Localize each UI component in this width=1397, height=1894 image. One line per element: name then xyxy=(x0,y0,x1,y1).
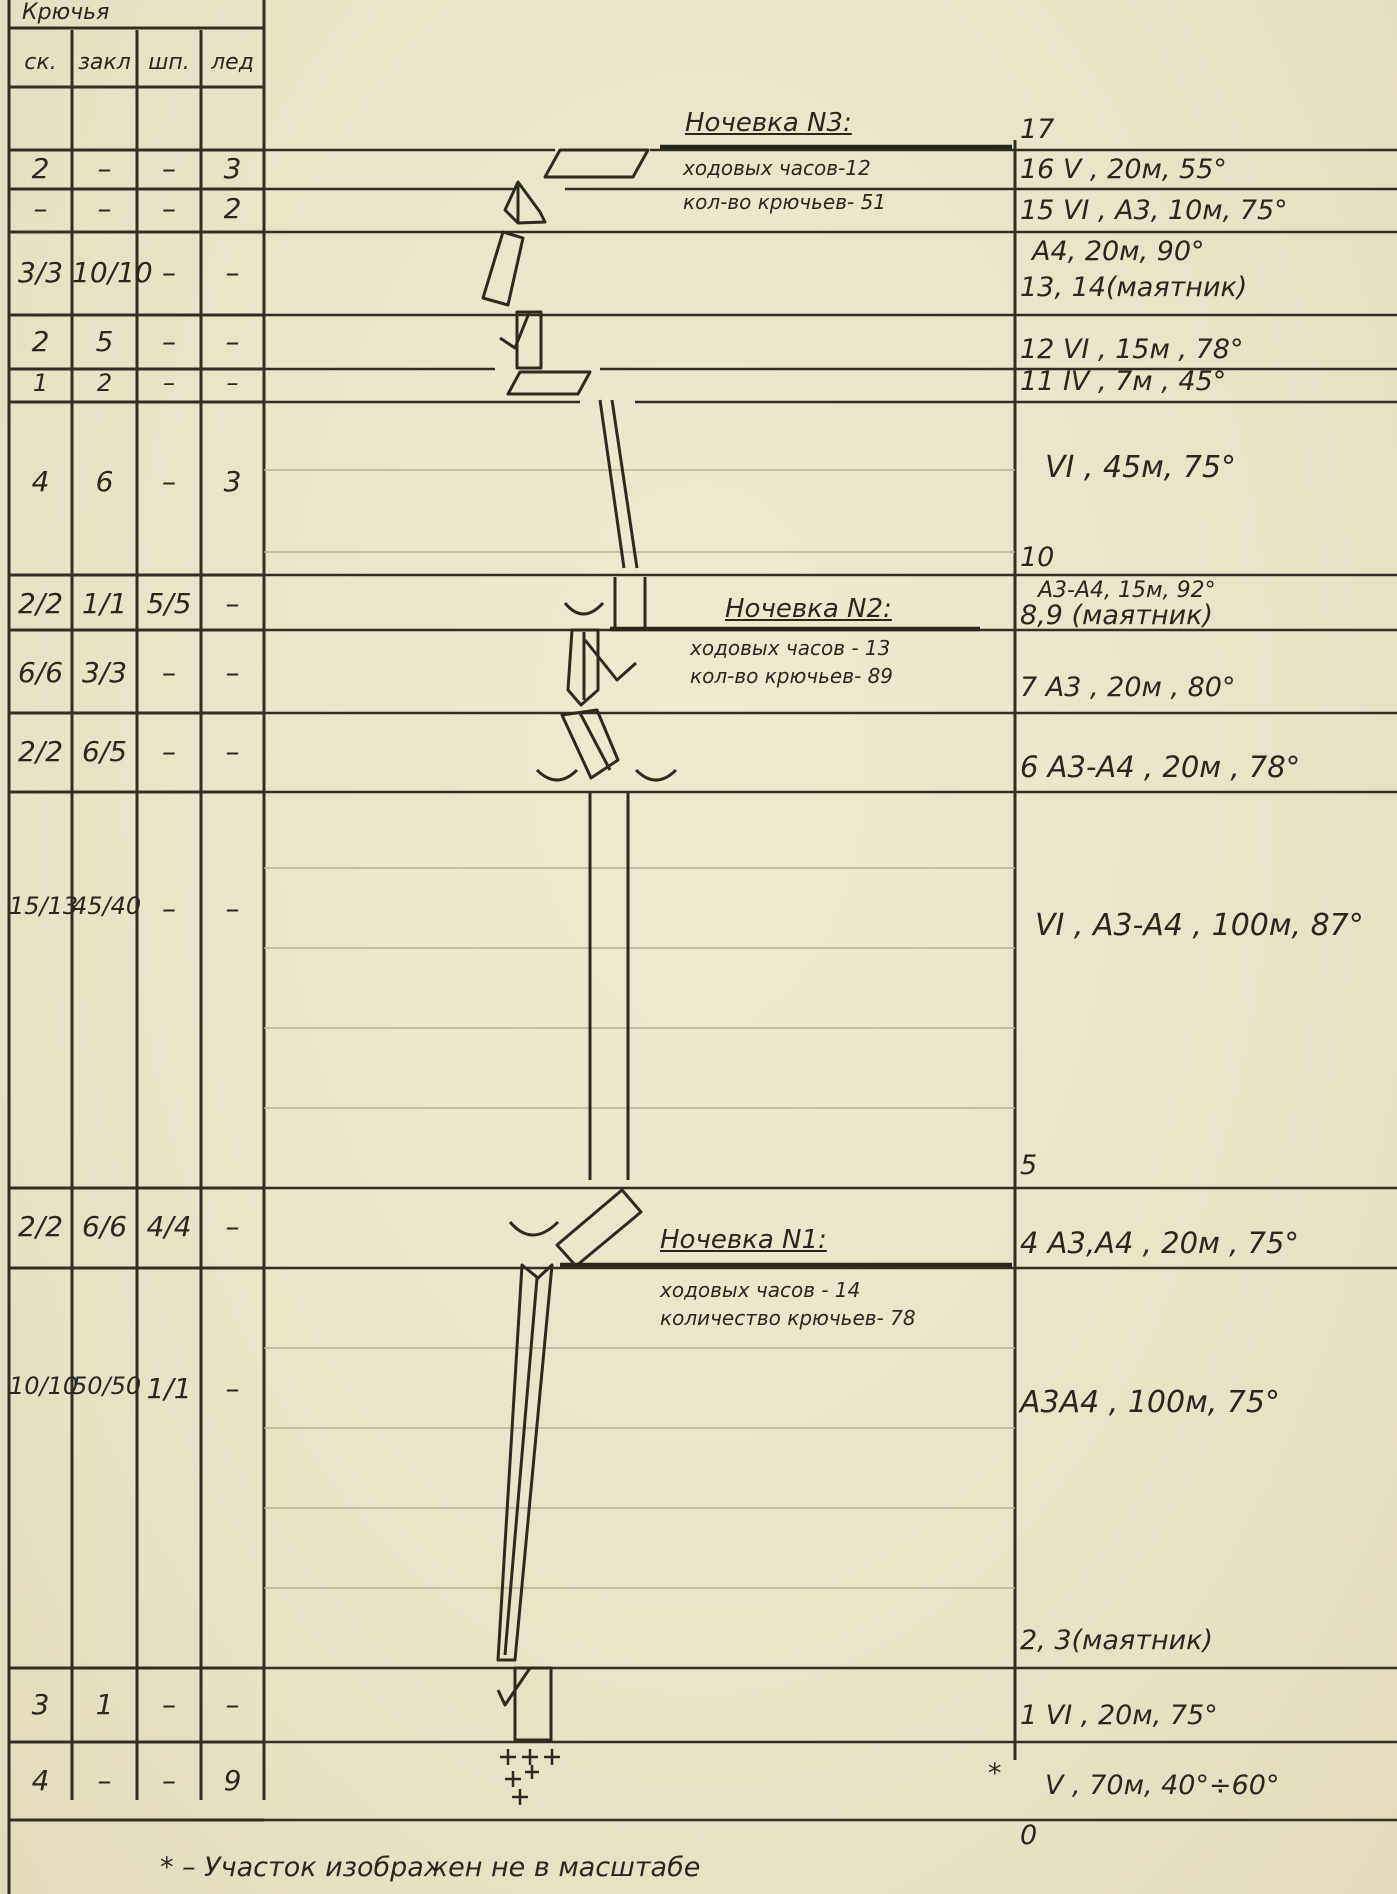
section-0-desc: V , 70м, 40°÷60° xyxy=(1045,1770,1279,1801)
scree-crosses xyxy=(500,1749,560,1805)
section-14-desc: A4, 20м, 90° xyxy=(1032,236,1205,267)
cell-led: – xyxy=(201,325,264,358)
cell-zakl: 1/1 xyxy=(72,587,137,620)
cell-sk: – xyxy=(9,192,72,225)
section-7: 7 A3 , 20м , 80° xyxy=(1020,672,1236,703)
section-16: 16 V , 20м, 55° xyxy=(1020,154,1227,185)
cell-zakl: 50/50 xyxy=(72,1372,137,1400)
cell-sk: 2/2 xyxy=(9,587,72,620)
cell-shp: – xyxy=(137,1688,201,1721)
cell-led: 3 xyxy=(201,465,264,498)
footnote: * – Участок изображен не в масштабе xyxy=(160,1852,700,1883)
section-11: 11 IV , 7м , 45° xyxy=(1020,366,1226,397)
cell-led: – xyxy=(201,1372,264,1405)
cell-shp: – xyxy=(137,465,201,498)
cell-led: – xyxy=(201,892,264,925)
cell-led: – xyxy=(201,1688,264,1721)
section-8-9: 8,9 (маятник) xyxy=(1020,600,1213,631)
column-header-led: лед xyxy=(201,50,264,75)
cell-shp: – xyxy=(137,1764,201,1797)
cell-led: – xyxy=(201,1210,264,1243)
bivouac-title: Ночевка N2: xyxy=(725,594,892,624)
cell-zakl: – xyxy=(72,152,137,185)
cell-sk: 3/3 xyxy=(9,256,72,289)
cell-zakl: 10/10 xyxy=(72,256,137,289)
cell-led: 9 xyxy=(201,1764,264,1797)
cell-zakl: 1 xyxy=(72,1688,137,1721)
cell-zakl: 6 xyxy=(72,465,137,498)
bivouac-pitons: кол-во крючьев- 51 xyxy=(683,190,886,214)
section-5: 5 xyxy=(1020,1150,1037,1181)
cell-zakl: – xyxy=(72,192,137,225)
bivouac-hours: ходовых часов-12 xyxy=(683,156,871,180)
bivouac-hours: ходовых часов - 13 xyxy=(690,636,890,660)
cell-shp: – xyxy=(137,656,201,689)
cell-sk: 10/10 xyxy=(9,1372,72,1400)
cell-shp: – xyxy=(137,152,201,185)
section-2-3: 2, 3(маятник) xyxy=(1020,1625,1213,1656)
cell-sk: 1 xyxy=(9,369,72,397)
section-12: 12 VI , 15м , 78° xyxy=(1020,334,1243,365)
section-3-desc: A3A4 , 100м, 75° xyxy=(1020,1385,1280,1420)
cell-led: – xyxy=(201,369,264,397)
section-10-desc: VI , 45м, 75° xyxy=(1045,450,1236,485)
cell-sk: 3 xyxy=(9,1688,72,1721)
cell-shp: – xyxy=(137,192,201,225)
cell-led: 3 xyxy=(201,152,264,185)
section-17: 17 xyxy=(1020,114,1054,145)
column-header-zakl: закл xyxy=(72,50,137,75)
section-4: 4 A3,A4 , 20м , 75° xyxy=(1020,1226,1299,1260)
cell-sk: 2/2 xyxy=(9,735,72,768)
cell-led: – xyxy=(201,656,264,689)
cell-shp: – xyxy=(137,325,201,358)
cell-led: – xyxy=(201,735,264,768)
cell-zakl: 6/6 xyxy=(72,1210,137,1243)
not-to-scale-asterisk: * xyxy=(988,1758,1002,1789)
guide-lines xyxy=(264,470,1015,1588)
cell-shp: – xyxy=(137,369,201,397)
cell-sk: 2 xyxy=(9,152,72,185)
cell-shp: – xyxy=(137,256,201,289)
cell-shp: – xyxy=(137,735,201,768)
table-group-header: Крючья xyxy=(22,0,109,25)
cell-shp: 1/1 xyxy=(137,1372,201,1405)
section-13-14: 13, 14(маятник) xyxy=(1020,272,1247,303)
cell-sk: 2 xyxy=(9,325,72,358)
column-header-shp: шп. xyxy=(137,50,201,75)
bivouac-hours: ходовых часов - 14 xyxy=(660,1278,860,1302)
cell-sk: 2/2 xyxy=(9,1210,72,1243)
cell-sk: 4 xyxy=(9,465,72,498)
bivouac-title: Ночевка N3: xyxy=(685,108,852,138)
cell-led: – xyxy=(201,587,264,620)
bivouac-title: Ночевка N1: xyxy=(660,1225,827,1255)
cell-zakl: 3/3 xyxy=(72,656,137,689)
cell-led: – xyxy=(201,256,264,289)
section-1: 1 VI , 20м, 75° xyxy=(1020,1700,1218,1731)
cell-zakl: 5 xyxy=(72,325,137,358)
section-15: 15 VI , A3, 10м, 75° xyxy=(1020,195,1288,226)
section-0: 0 xyxy=(1020,1820,1037,1851)
section-10: 10 xyxy=(1020,542,1054,573)
cell-zakl: 6/5 xyxy=(72,735,137,768)
section-6: 6 A3-A4 , 20м , 78° xyxy=(1020,750,1300,784)
cell-led: 2 xyxy=(201,192,264,225)
cell-zakl: – xyxy=(72,1764,137,1797)
bivouac-pitons: кол-во крючьев- 89 xyxy=(690,664,893,688)
cell-sk: 4 xyxy=(9,1764,72,1797)
cell-sk: 6/6 xyxy=(9,656,72,689)
cell-shp: – xyxy=(137,892,201,925)
cell-zakl: 2 xyxy=(72,369,137,397)
bivouac-pitons: количество крючьев- 78 xyxy=(660,1306,916,1330)
cell-sk: 15/13 xyxy=(9,892,72,920)
cell-zakl: 45/40 xyxy=(72,892,137,920)
section-5-desc: VI , A3-A4 , 100м, 87° xyxy=(1035,908,1364,943)
column-header-sk: ск. xyxy=(9,50,72,75)
cell-shp: 4/4 xyxy=(137,1210,201,1243)
route-symbols xyxy=(483,150,676,1740)
cell-shp: 5/5 xyxy=(137,587,201,620)
